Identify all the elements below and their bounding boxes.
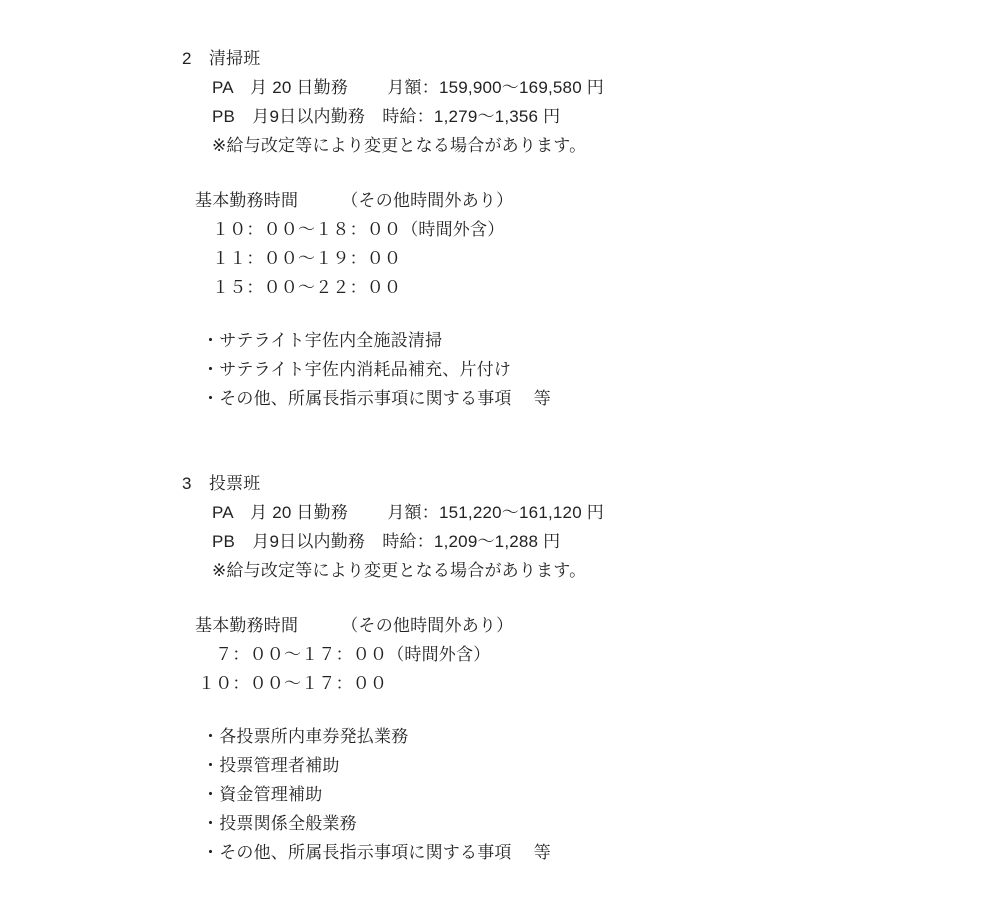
duty-item: ・その他、所属長指示事項に関する事項 等	[202, 384, 1000, 413]
pay-line-pa: PA 月 20 日勤務 月額：151,220～161,120 円	[212, 498, 1000, 527]
duty-item: ・各投票所内車券発払業務	[202, 722, 1000, 751]
schedule-header: 基本勤務時間 （その他時間外あり）	[195, 186, 1000, 215]
duties-list: ・各投票所内車券発払業務 ・投票管理者補助 ・資金管理補助 ・投票関係全般業務 …	[0, 722, 1000, 867]
duty-item: ・資金管理補助	[202, 780, 1000, 809]
schedule-header: 基本勤務時間 （その他時間外あり）	[195, 611, 1000, 640]
pay-line-pa: PA 月 20 日勤務 月額：159,900～169,580 円	[212, 73, 1000, 102]
salary-note: ※給与改定等により変更となる場合があります。	[212, 131, 1000, 160]
duty-item: ・その他、所属長指示事項に関する事項 等	[202, 838, 1000, 867]
time-slot: ７：００～１７：００（時間外含）	[198, 640, 1000, 669]
duty-item: ・サテライト宇佐内消耗品補充、片付け	[202, 355, 1000, 384]
pay-block: PA 月 20 日勤務 月額：159,900～169,580 円 PB 月9日以…	[0, 73, 1000, 160]
salary-note: ※給与改定等により変更となる場合があります。	[212, 556, 1000, 585]
time-slot: １０：００～１７：００	[198, 669, 1000, 698]
pay-block: PA 月 20 日勤務 月額：151,220～161,120 円 PB 月9日以…	[0, 498, 1000, 585]
duties-list: ・サテライト宇佐内全施設清掃 ・サテライト宇佐内消耗品補充、片付け ・その他、所…	[0, 326, 1000, 413]
time-slot: １１：００～１９：００	[212, 244, 1000, 273]
schedule-block: 基本勤務時間 （その他時間外あり） ７：００～１７：００（時間外含） １０：００…	[0, 611, 1000, 698]
schedule-block: 基本勤務時間 （その他時間外あり） １０：００～１８：００（時間外含） １１：０…	[0, 186, 1000, 302]
section-cleaning-team: 2 清掃班 PA 月 20 日勤務 月額：159,900～169,580 円 P…	[0, 44, 1000, 413]
duty-item: ・投票関係全般業務	[202, 809, 1000, 838]
document-page: 2 清掃班 PA 月 20 日勤務 月額：159,900～169,580 円 P…	[0, 0, 1000, 909]
section-voting-team: 3 投票班 PA 月 20 日勤務 月額：151,220～161,120 円 P…	[0, 469, 1000, 867]
pay-line-pb: PB 月9日以内勤務 時給：1,279～1,356 円	[212, 102, 1000, 131]
duty-item: ・投票管理者補助	[202, 751, 1000, 780]
duty-item: ・サテライト宇佐内全施設清掃	[202, 326, 1000, 355]
section-heading: 3 投票班	[182, 469, 1000, 498]
time-slot: １５：００～２２：００	[212, 273, 1000, 302]
time-slot: １０：００～１８：００（時間外含）	[212, 215, 1000, 244]
section-heading: 2 清掃班	[182, 44, 1000, 73]
pay-line-pb: PB 月9日以内勤務 時給：1,209～1,288 円	[212, 527, 1000, 556]
